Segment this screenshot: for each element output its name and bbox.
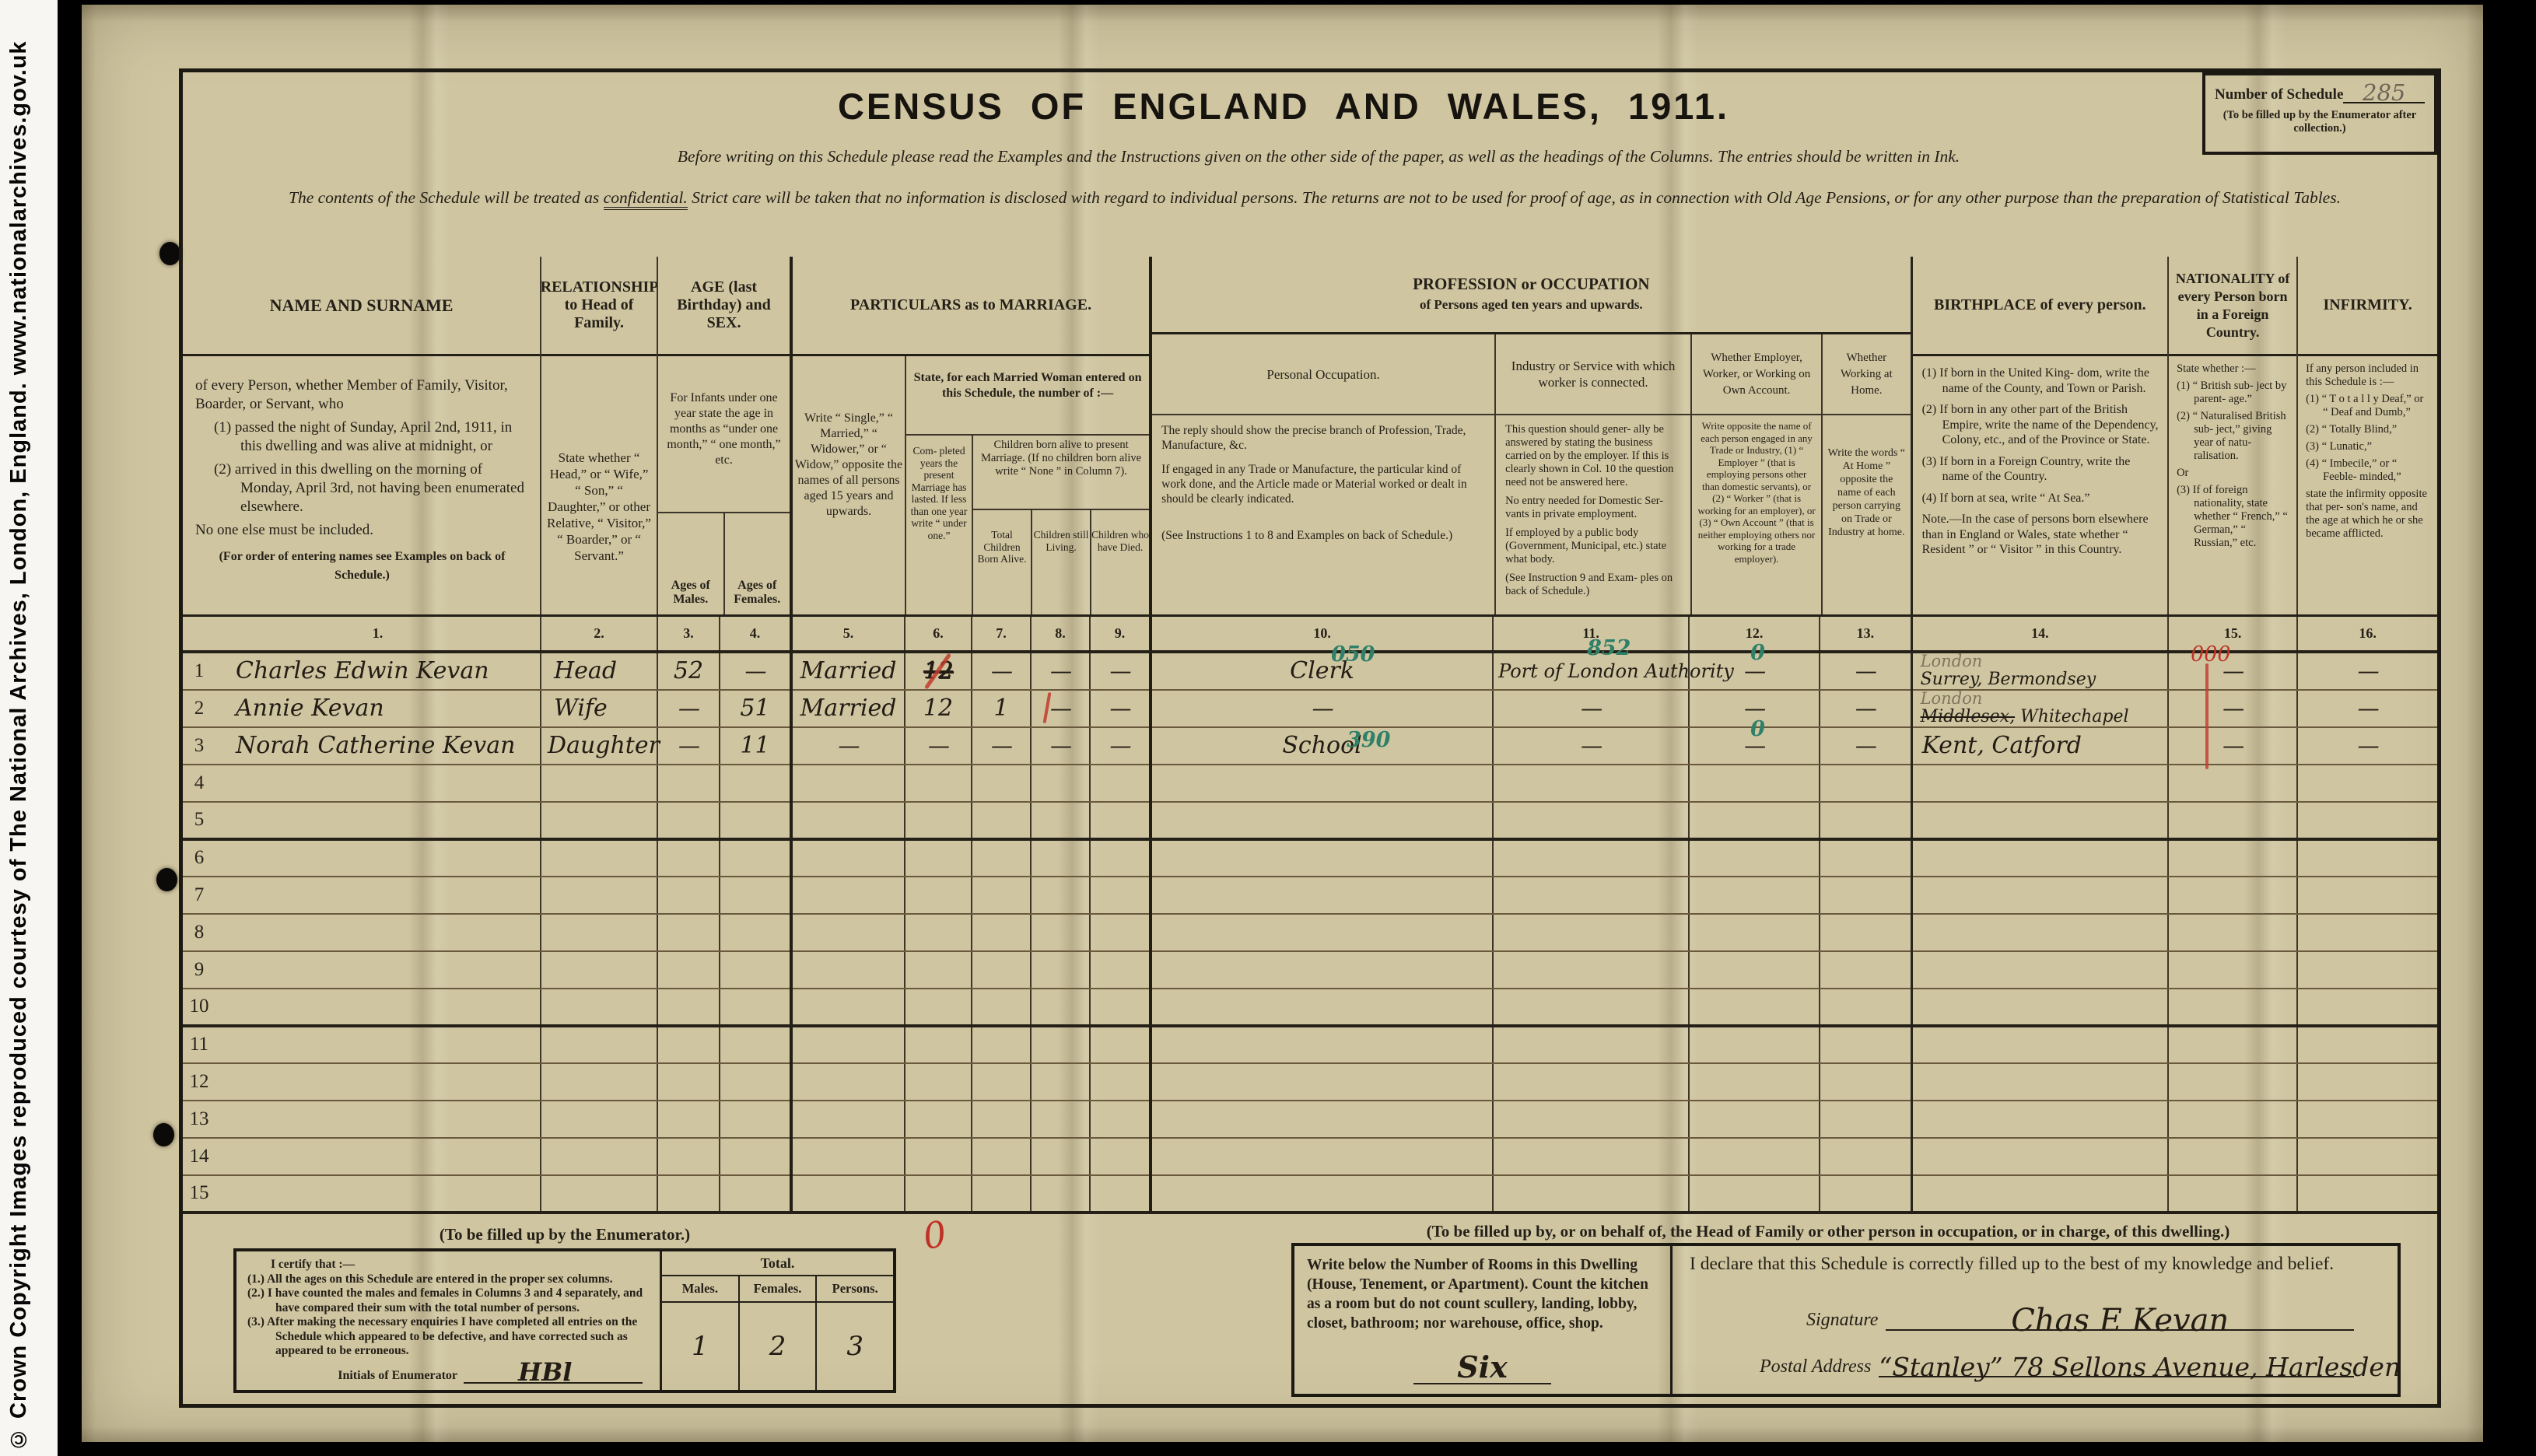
col-header-infirmity: INFIRMITY. If any person included in thi… [2297, 257, 2437, 616]
column-number-row: 1. 2. 3. 4. 5. 6. 7. 8. 9. 10. 11. 12. 1… [183, 616, 2437, 652]
marriage-group-title: PARTICULARS as to MARRIAGE. [793, 257, 1149, 356]
at-home-entry: — [1855, 733, 1876, 758]
table-row: 1 Charles Edwin Kevan Head 52 — Married … [183, 652, 2437, 690]
occupation-entry: — [1312, 695, 1333, 721]
copyright-strip: © Crown Copyright Images reproduced cour… [0, 0, 58, 1456]
col-num-15: 15. [2168, 616, 2297, 652]
infirmity-i4: (4) “ Imbecile,” or “ Feeble- minded,” [2306, 457, 2431, 484]
at-home-label: Whether Working at Home. [1823, 334, 1911, 415]
name-entry: Charles Edwin Kevan [215, 658, 489, 684]
age-females-entry: 11 [740, 732, 769, 759]
col-num-6: 6. [905, 616, 972, 652]
at-home-entry: — [1855, 695, 1876, 721]
industry-code: 852 [1587, 636, 1631, 660]
postal-address-line: “Stanley” 78 Sellons Avenue, Harlesden [1879, 1342, 2354, 1377]
nationality-column-title: NATIONALITY of every Person born in a Fo… [2169, 257, 2296, 356]
copyright-text: © Crown Copyright Images reproduced cour… [6, 0, 53, 1456]
schedule-number-note: (To be filled up by the Enumerator after… [2215, 109, 2425, 135]
row-number: 15 [183, 1175, 215, 1213]
nationality-red-mark: 000 [2191, 642, 2231, 667]
name-desc-intro: of every Person, whether Member of Famil… [195, 376, 529, 414]
confidential-word: confidential. [604, 188, 688, 210]
hole-punch [159, 242, 180, 265]
row-number: 11 [183, 1026, 215, 1063]
rooms-instruction: Write below the Number of Rooms in this … [1307, 1255, 1658, 1333]
declaration-box: Write below the Number of Rooms in this … [1291, 1243, 2401, 1397]
initials-value: HBl [518, 1359, 572, 1385]
birthplace-entry: Surrey, Bermondsey [1921, 670, 2096, 689]
employer-worker-label: Whether Employer, Worker, or Working on … [1692, 334, 1821, 415]
profession-group-title: PROFESSION or OCCUPATION of Persons aged… [1152, 257, 1911, 334]
name-entry: Norah Catherine Kevan [215, 733, 515, 759]
row-number: 4 [183, 765, 215, 802]
infirmity-entry: — [2358, 733, 2378, 758]
employer-worker-desc: Write opposite the name of each person e… [1692, 415, 1821, 614]
infirmity-entry: — [2358, 658, 2378, 684]
col-num-14: 14. [1911, 616, 2168, 652]
name-column-desc: of every Person, whether Member of Famil… [183, 356, 540, 585]
nationality-intro: State whether :— [2177, 362, 2290, 376]
infirmity-i3: (3) “ Lunatic,” [2306, 440, 2431, 453]
total-label: Total. [662, 1251, 893, 1276]
enumerator-box: I certify that :— (1.) All the ages on t… [233, 1248, 896, 1393]
name-desc-item2: (2) arrived in this dwelling on the morn… [195, 460, 529, 516]
table-row: 13 [183, 1101, 2437, 1138]
col-num-5: 5. [791, 616, 905, 652]
profession-title-line2: of Persons aged ten years and upwards. [1420, 296, 1643, 313]
col-num-16: 16. [2297, 616, 2437, 652]
birthplace-entry: Kent, Catford [1913, 732, 2082, 759]
marriage-status-desc: Write “ Single,” “ Married,” “ Widower,”… [793, 356, 906, 614]
nationality-or: Or [2177, 467, 2290, 480]
row-number: 12 [183, 1063, 215, 1101]
age-infants-note: For Infants under one year state the age… [658, 356, 790, 512]
signature-line: Chas E Kevan [1886, 1295, 2354, 1331]
nationality-entry: — [2223, 733, 2243, 758]
ages-of-males-label: Ages of Males. [658, 513, 723, 614]
row-number: 6 [183, 839, 215, 877]
birthplace-i4: (4) If born at sea, write “ At Sea.” [1922, 491, 2160, 506]
industry-desc-p2: No entry needed for Domestic Ser- vants … [1505, 495, 1681, 521]
rooms-cell: Write below the Number of Rooms in this … [1294, 1246, 1673, 1394]
table-header-row: NAME AND SURNAME of every Person, whethe… [183, 257, 2437, 616]
census-scan-page: { "sidebar": { "copyright": "© Crown Cop… [0, 0, 2536, 1456]
row-number: 9 [183, 951, 215, 989]
table-row: 9 [183, 951, 2437, 989]
col-header-marriage: PARTICULARS as to MARRIAGE. Write “ Sing… [791, 257, 1151, 616]
years-married-desc: Com- pleted years the present Marriage h… [906, 436, 973, 614]
instruction-line-2: The contents of the Schedule will be tre… [229, 186, 2400, 210]
infirmity-column-title: INFIRMITY. [2298, 257, 2437, 356]
age-males-entry: 52 [674, 657, 703, 684]
marriage-entry: Married [800, 695, 897, 722]
children-born-note: Children born alive to present Marriage.… [973, 436, 1149, 510]
col-num-7: 7. [972, 616, 1031, 652]
employer-worker-header: Whether Employer, Worker, or Working on … [1690, 334, 1821, 614]
birthplace-i2: (2) If born in any other part of the Bri… [1922, 402, 2160, 448]
instruction-2-post: Strict care will be taken that no inform… [688, 188, 2341, 207]
row-number: 2 [183, 690, 215, 727]
nationality-i1: (1) “ British sub- ject by parent- age.” [2177, 380, 2290, 406]
industry-header: Industry or Service with which worker is… [1494, 334, 1690, 614]
col-num-8: 8. [1031, 616, 1090, 652]
at-home-desc: Write the words “ At Home ” opposite the… [1823, 415, 1911, 614]
row-number: 10 [183, 989, 215, 1026]
children-died-entry: — [1110, 733, 1130, 758]
nationality-entry: — [2223, 695, 2243, 721]
children-born-entry: — [991, 658, 1011, 684]
certify-intro: I certify that :— [247, 1258, 650, 1272]
occupation-desc-p3: (See Instructions 1 to 8 and Examples on… [1161, 528, 1485, 543]
birthplace-pencil-note: London [1921, 689, 1983, 708]
row-number: 3 [183, 727, 215, 765]
declaration-section-title: (To be filled up by, or on behalf of, th… [1256, 1222, 2400, 1241]
schedule-number-box: Number of Schedule 285 (To be filled up … [2202, 72, 2437, 155]
table-row: 3 Norah Catherine Kevan Daughter — 11 — … [183, 727, 2437, 765]
relationship-column-title: RELATIONSHIP to Head of Family. [541, 257, 657, 356]
schedule-number-label: Number of Schedule [2215, 86, 2343, 103]
occupation-desc-p1: The reply should show the precise branch… [1161, 423, 1485, 453]
census-paper: CENSUS OF ENGLAND AND WALES, 1911. Numbe… [82, 5, 2483, 1442]
relationship-column-desc: State whether “ Head,” or “ Wife,” “ Son… [541, 356, 657, 570]
col-num-blank [183, 616, 215, 652]
col-header-nationality: NATIONALITY of every Person born in a Fo… [2168, 257, 2297, 616]
personal-occupation-header: Personal Occupation. The reply should sh… [1152, 334, 1494, 614]
col-num-4: 4. [720, 616, 791, 652]
profession-title-line1: PROFESSION or OCCUPATION [1413, 275, 1650, 293]
table-row: 11 [183, 1026, 2437, 1063]
col-num-3: 3. [657, 616, 720, 652]
col-header-age: AGE (last Birthday) and SEX. For Infants… [657, 257, 791, 616]
males-label: Males. [662, 1276, 738, 1303]
schedule-number-value: 285 [2343, 83, 2425, 103]
initials-label: Initials of Enumerator [338, 1369, 457, 1384]
relationship-entry: Daughter [541, 733, 660, 759]
row-number: 1 [183, 652, 215, 690]
children-born-entry: — [991, 733, 1011, 758]
age-males-entry: — [678, 695, 699, 721]
col-num-2: 2. [541, 616, 657, 652]
col-header-birthplace: BIRTHPLACE of every person. (1) If born … [1911, 257, 2168, 616]
table-row: 7 [183, 877, 2437, 914]
certify-item1: (1.) All the ages on this Schedule are e… [247, 1272, 650, 1287]
census-table: NAME AND SURNAME of every Person, whethe… [183, 257, 2437, 1214]
occupation-code: 390 [1347, 728, 1390, 752]
red-zero-mark: 0 [920, 1213, 950, 1258]
birthplace-i3: (3) If born in a Foreign Country, write … [1922, 454, 2160, 485]
children-died-label: Children who have Died. [1090, 510, 1149, 614]
employer-code: 0 [1750, 641, 1765, 665]
children-living-label: Children still Living. [1031, 510, 1090, 614]
signature-value: Chas E Kevan [1886, 1307, 2354, 1334]
at-home-header: Whether Working at Home. Write the words… [1821, 334, 1911, 614]
table-row: 5 [183, 802, 2437, 839]
persons-label: Persons. [817, 1276, 893, 1303]
males-total: 1 [692, 1333, 709, 1360]
age-females-entry: — [745, 658, 765, 684]
birthplace-pencil-note: London [1921, 652, 1983, 670]
birthplace-column-title: BIRTHPLACE of every person. [1913, 257, 2168, 356]
infirmity-outro: state the infirmity opposite that per- s… [2306, 488, 2431, 541]
col-header-name: NAME AND SURNAME of every Person, whethe… [183, 257, 541, 616]
table-row: 15 [183, 1175, 2437, 1213]
row-number: 7 [183, 877, 215, 914]
name-entry: Annie Kevan [215, 695, 384, 722]
row-number: 14 [183, 1138, 215, 1175]
nationality-i2: (2) “ Naturalised British sub- ject,” gi… [2177, 410, 2290, 463]
industry-label: Industry or Service with which worker is… [1496, 334, 1690, 415]
totals-table: Total. Males. 1 Females. 2 Persons. 3 [660, 1251, 893, 1390]
birthplace-i1: (1) If born in the United King- dom, wri… [1922, 366, 2160, 396]
age-females-entry: 51 [740, 695, 769, 722]
form-title: CENSUS OF ENGLAND AND WALES, 1911. [377, 85, 2190, 128]
ages-of-females-label: Ages of Females. [723, 513, 790, 614]
declaration-statement: I declare that this Schedule is correctl… [1690, 1254, 2377, 1275]
row-number: 13 [183, 1101, 215, 1138]
col-header-relationship: RELATIONSHIP to Head of Family. State wh… [541, 257, 657, 616]
relationship-entry: Head [541, 658, 617, 684]
age-males-entry: — [678, 733, 699, 758]
industry-desc-p1: This question should gener- ally be answ… [1505, 423, 1681, 489]
name-desc-item1: (1) passed the night of Sunday, April 2n… [195, 418, 529, 456]
birthplace-entry: Whitechapel [2020, 707, 2128, 726]
certify-item3: (3.) After making the necessary enquirie… [247, 1315, 650, 1359]
infirmity-intro: If any person included in this Schedule … [2306, 362, 2431, 389]
declaration-cell: I declare that this Schedule is correctl… [1673, 1246, 2398, 1394]
table-row: 8 [183, 914, 2437, 951]
postal-address-label: Postal Address [1760, 1356, 1879, 1377]
marriage-entry: Married [800, 657, 897, 684]
nationality-i3: (3) If of foreign nationality, state whe… [2177, 484, 2290, 550]
infirmity-entry: — [2358, 695, 2378, 721]
years-married-entry: — [928, 733, 948, 758]
signature-label: Signature [1806, 1310, 1886, 1331]
name-column-title: NAME AND SURNAME [183, 257, 540, 356]
table-row: 10 [183, 989, 2437, 1026]
infirmity-i2: (2) “ Totally Blind,” [2306, 423, 2431, 436]
occupation-desc-p2: If engaged in any Trade or Manufacture, … [1161, 462, 1485, 506]
table-row: 6 [183, 839, 2437, 877]
industry-entry: — [1581, 733, 1601, 758]
females-label: Females. [740, 1276, 816, 1303]
industry-desc-p3: If employed by a public body (Government… [1505, 527, 1681, 566]
certify-item2: (2.) I have counted the males and female… [247, 1286, 650, 1315]
form-frame: CENSUS OF ENGLAND AND WALES, 1911. Numbe… [179, 68, 2441, 1408]
birthplace-note: Note.—In the case of persons born elsewh… [1922, 512, 2160, 558]
marriage-entry: — [839, 733, 859, 758]
col-num-13: 13. [1820, 616, 1911, 652]
age-column-title: AGE (last Birthday) and SEX. [658, 257, 790, 356]
relationship-entry: Wife [541, 695, 608, 722]
industry-desc-p4: (See Instruction 9 and Exam- ples on bac… [1505, 572, 1681, 598]
enumerator-section-title: (To be filled up by the Enumerator.) [233, 1225, 896, 1244]
name-desc-note: No one else must be included. [195, 521, 529, 540]
table-row: 4 [183, 765, 2437, 802]
col-header-profession: PROFESSION or OCCUPATION of Persons aged… [1151, 257, 1911, 616]
children-born-alive-label: Total Children Born Alive. [973, 510, 1031, 614]
rooms-value: Six [1457, 1349, 1508, 1384]
instruction-2-pre: The contents of the Schedule will be tre… [289, 188, 604, 207]
row-number: 8 [183, 914, 215, 951]
initials-line: HBl [464, 1360, 643, 1384]
at-home-entry: — [1855, 658, 1876, 684]
females-total: 2 [769, 1333, 786, 1360]
col-num-10: 10. [1151, 616, 1493, 652]
col-num-1: 1. [215, 616, 541, 652]
table-row: 2 Annie Kevan Wife — 51 Married 12 1 — —… [183, 690, 2437, 727]
children-died-entry: — [1110, 695, 1130, 721]
birthplace-struck-entry: Middlesex, [1921, 707, 2016, 726]
hole-punch [153, 1123, 174, 1146]
row-number: 5 [183, 802, 215, 839]
infirmity-i1: (1) “ T o t a l l y Deaf,” or “ Deaf and… [2306, 393, 2431, 419]
persons-total: 3 [846, 1333, 863, 1360]
table-row: 14 [183, 1138, 2437, 1175]
children-born-entry: 1 [993, 695, 1008, 722]
employer-code: 0 [1750, 717, 1765, 741]
industry-entry: — [1581, 695, 1601, 721]
children-living-entry: — [1050, 658, 1070, 684]
married-woman-note: State, for each Married Woman entered on… [906, 356, 1149, 436]
children-living-entry: — [1050, 733, 1070, 758]
name-desc-footnote: (For order of entering names see Example… [195, 548, 529, 585]
red-check-line [2205, 663, 2208, 769]
years-married-entry: 12 [923, 695, 953, 722]
instruction-line-1: Before writing on this Schedule please r… [323, 147, 2314, 166]
col-num-9: 9. [1090, 616, 1151, 652]
personal-occupation-label: Personal Occupation. [1152, 334, 1494, 415]
table-row: 12 [183, 1063, 2437, 1101]
occupation-code: 050 [1331, 642, 1375, 667]
hole-punch [156, 868, 177, 891]
postal-address-value: “Stanley” 78 Sellons Avenue, Harlesden [1879, 1354, 2354, 1381]
children-living-entry: — [1050, 695, 1070, 721]
children-died-entry: — [1110, 658, 1130, 684]
